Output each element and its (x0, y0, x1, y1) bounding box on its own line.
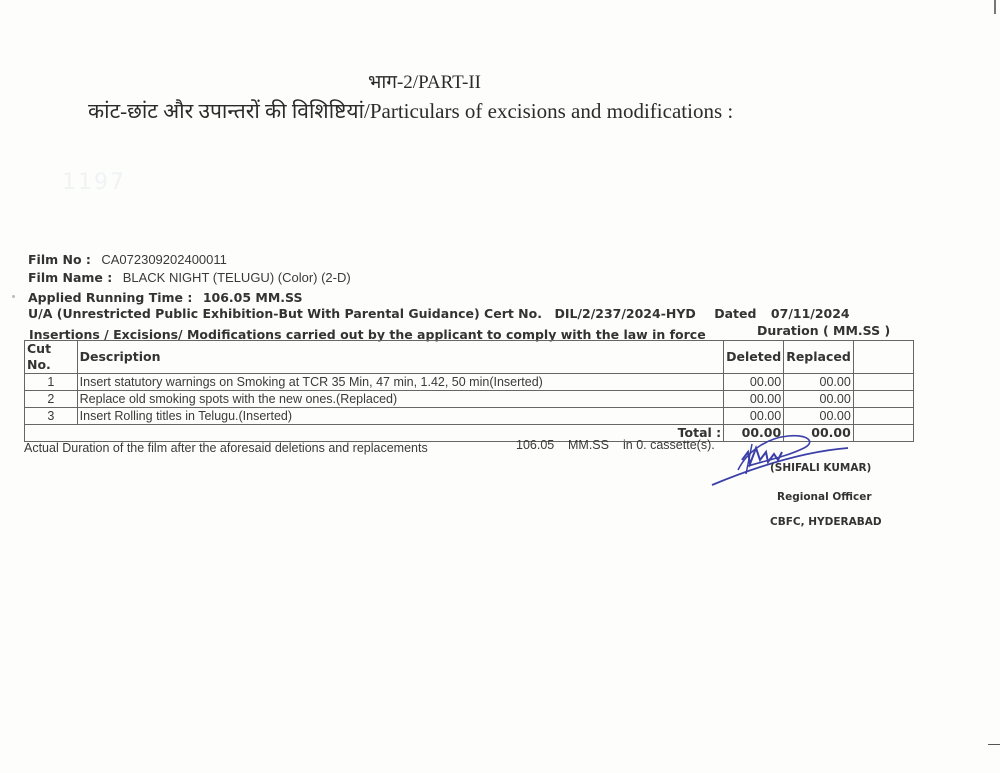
replaced-cell: 00.00 (784, 391, 854, 408)
actual-duration-unit: MM.SS (568, 438, 609, 452)
signatory-office: CBFC, HYDERABAD (770, 516, 882, 528)
bleed-through-text: 1197 (62, 170, 126, 195)
cut-no-cell: 3 (25, 408, 78, 425)
actual-duration-label: Actual Duration of the film after the af… (24, 441, 428, 455)
duration-title: Duration ( MM.SS ) (757, 323, 890, 338)
deleted-cell: 00.00 (724, 408, 784, 425)
table-row: 2 Replace old smoking spots with the new… (25, 391, 914, 408)
replaced-cell: 00.00 (784, 374, 854, 391)
description-cell: Insert Rolling titles in Telugu.(Inserte… (77, 408, 724, 425)
signature-scribble-icon (708, 430, 853, 490)
film-name-row: Film Name : BLACK NIGHT (TELUGU) (Color)… (28, 269, 351, 287)
empty-cell (853, 391, 913, 408)
table-header-row: Cut No. Description Deleted Replaced (25, 341, 914, 374)
header-description: Description (77, 341, 724, 374)
header-deleted: Deleted (724, 341, 784, 374)
total-label: Total : (25, 425, 724, 442)
empty-cell (853, 408, 913, 425)
part-heading: भाग-2/PART-II (368, 68, 481, 94)
cut-no-cell: 2 (25, 391, 78, 408)
cert-no-value: DIL/2/237/2024-HYD (554, 306, 695, 321)
scan-speck (12, 295, 15, 298)
scan-edge-mark (994, 0, 996, 14)
table-row: 3 Insert Rolling titles in Telugu.(Inser… (25, 408, 914, 425)
description-cell: Insert statutory warnings on Smoking at … (77, 374, 724, 391)
running-time-label: Applied Running Time : (28, 290, 192, 305)
header-empty (853, 341, 913, 374)
deleted-cell: 00.00 (724, 374, 784, 391)
certificate-row: U/A (Unrestricted Public Exhibition-But … (28, 305, 850, 323)
signatory-role: Regional Officer (777, 491, 872, 503)
film-name-label: Film Name : (28, 270, 112, 285)
certificate-text: U/A (Unrestricted Public Exhibition-But … (28, 306, 542, 321)
empty-cell (853, 374, 913, 391)
cut-no-cell: 1 (25, 374, 78, 391)
replaced-cell: 00.00 (784, 408, 854, 425)
table-row: 1 Insert statutory warnings on Smoking a… (25, 374, 914, 391)
film-no-row: Film No : CA072309202400011 (28, 251, 227, 269)
crop-corner-mark (988, 732, 1000, 745)
dated-label: Dated (714, 306, 756, 321)
film-name-value: BLACK NIGHT (TELUGU) (Color) (2-D) (123, 270, 351, 285)
header-cut-no: Cut No. (25, 341, 78, 374)
actual-duration-value: 106.05 (516, 438, 554, 452)
dated-value: 07/11/2024 (771, 306, 850, 321)
signatory-name: (SHIFALI KUMAR) (770, 462, 871, 474)
description-cell: Replace old smoking spots with the new o… (77, 391, 724, 408)
film-no-value: CA072309202400011 (101, 252, 227, 267)
running-time-value: 106.05 MM.SS (203, 290, 303, 305)
particulars-heading: कांट-छांट और उपान्तरों की विशिष्टियां/Pa… (88, 97, 733, 125)
header-replaced: Replaced (784, 341, 854, 374)
empty-cell (853, 425, 913, 442)
cuts-table: Cut No. Description Deleted Replaced 1 I… (24, 340, 914, 442)
deleted-cell: 00.00 (724, 391, 784, 408)
cassette-count: in 0. cassette(s). (623, 438, 715, 452)
film-no-label: Film No : (28, 252, 91, 267)
